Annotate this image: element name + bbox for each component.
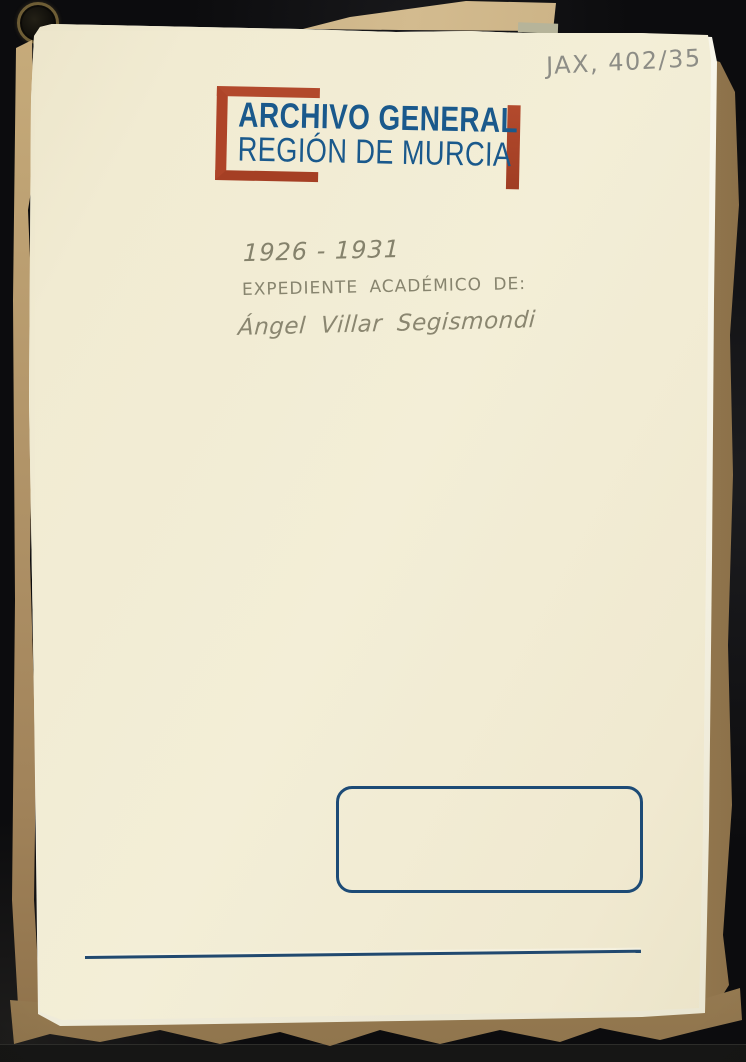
logo-text: ARCHIVO GENERAL REGIÓN DE MURCIA	[237, 97, 518, 173]
archive-logo: ARCHIVO GENERAL REGIÓN DE MURCIA	[215, 86, 537, 201]
handwritten-years: 1926 - 1931	[243, 235, 401, 267]
copy-stand-edge	[0, 1044, 746, 1062]
empty-label-box	[336, 786, 643, 893]
logo-line2: REGIÓN DE MURCIA	[237, 132, 517, 173]
photo-backdrop: JAX, 402/35 ARCHIVO GENERAL REGIÓN DE MU…	[0, 0, 746, 1062]
paper-sliver	[518, 22, 558, 33]
